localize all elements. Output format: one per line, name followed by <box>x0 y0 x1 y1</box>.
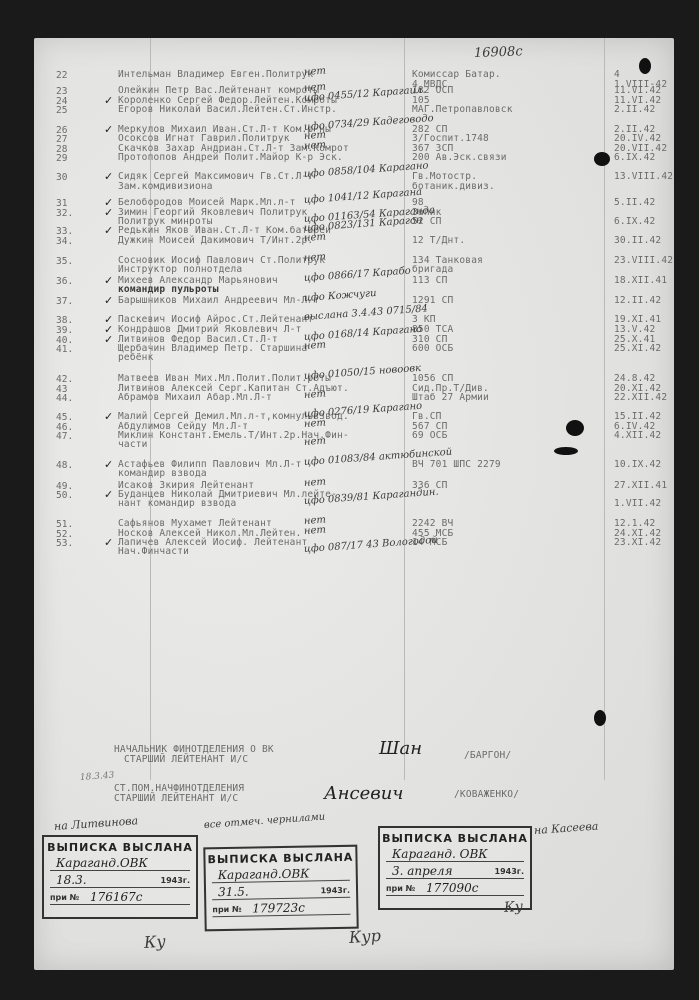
row-number: 48. <box>56 460 73 471</box>
ink-blot <box>594 152 610 166</box>
row-unit: Штаб 27 Армии <box>412 393 489 403</box>
row-unit: ВЧ 701 ШПС 2279 <box>412 460 501 470</box>
row-date: 1.VII.42 <box>614 499 661 509</box>
ink-blot <box>594 710 606 726</box>
checkmark-icon: ✓ <box>104 458 113 471</box>
margin-date: 18.3.43 <box>80 771 115 783</box>
row-date: 23.XI.42 <box>614 538 661 548</box>
row-name-rank: Интельман Владимер Евген.Политрук <box>118 70 313 80</box>
row-name-rank: Барышников Михаил Андреевич Мл-Л-т <box>118 296 319 306</box>
ink-blot <box>554 447 578 455</box>
stamp-extract-sent: ВЫПИСКА ВЫСЛАНА Караганд. ОВК 3. апреля1… <box>378 826 532 910</box>
row-unit: 600 ОСБ <box>412 344 453 354</box>
stamp-note: на Касеева <box>534 820 599 837</box>
row-number: 29 <box>56 153 67 164</box>
row-handwritten-note: цфо 0866/17 Карабо <box>304 266 411 284</box>
row-number: 50. <box>56 490 73 501</box>
row-number: 47. <box>56 431 73 442</box>
row-unit: 113 СП <box>412 276 448 286</box>
checkmark-icon: ✓ <box>104 123 113 136</box>
stamp-year: 1943г. <box>320 886 350 896</box>
row-number: 36. <box>56 276 73 287</box>
stamp-year: 1943г. <box>161 876 190 885</box>
ink-blot <box>566 420 584 436</box>
stamp-number: 176167с <box>90 890 143 904</box>
stamp-date: 3. апреля <box>392 864 453 878</box>
stamp-extract-sent: ВЫПИСКА ВЫСЛАНА Караганд.ОВК 18.3.1943г.… <box>42 835 198 919</box>
row-date: 12.II.42 <box>614 296 661 306</box>
checkmark-icon: ✓ <box>104 294 113 307</box>
stamp-year: 1943г. <box>495 867 524 876</box>
row-handwritten-note: нет <box>304 251 327 264</box>
deputy-title-line2: СТАРШИЙ ЛЕЙТЕНАНТ И/С <box>114 794 238 804</box>
row-unit: 69 ОСБ <box>412 431 448 441</box>
row-date: 6.IX.42 <box>614 153 655 163</box>
chief-name: /БАРГОН/ <box>464 751 511 761</box>
deputy-name: /КОВАЖЕНКО/ <box>454 790 519 800</box>
row-name-rank: Абрамов Михаил Абар.Мл.Л-т <box>118 393 272 403</box>
row-handwritten-note: нет <box>304 339 327 352</box>
stamp-initials: Ку <box>143 932 166 952</box>
row-name-rank: Протопопов Андрей Полит.Майор К-р Эск. <box>118 153 343 163</box>
row-number: 35. <box>56 256 73 267</box>
row-date: 6.IX.42 <box>614 217 655 227</box>
checkmark-icon: ✓ <box>104 274 113 287</box>
row-number: 53. <box>56 538 73 549</box>
column-divider <box>604 38 605 780</box>
row-handwritten-note: нет <box>304 65 327 78</box>
checkmark-icon: ✓ <box>104 410 113 423</box>
row-handwritten-note: нет <box>304 388 327 401</box>
stamp-prefix: при № <box>386 884 415 893</box>
checkmark-icon: ✓ <box>104 536 113 549</box>
ink-blot <box>639 58 651 74</box>
checkmark-icon: ✓ <box>104 224 113 237</box>
row-date: 27.XII.41 <box>614 481 667 491</box>
stamp-initials: Ку <box>503 899 523 916</box>
row-handwritten-note: выслана 3.4.43 0715/84 <box>304 303 429 323</box>
stamp-initials: Кур <box>348 926 381 947</box>
checkmark-icon: ✓ <box>104 206 113 219</box>
row-date: 18.XII.41 <box>614 276 667 286</box>
row-name-rank: Егоров Николай Васил.Лейтен.Ст.Инстр. <box>118 105 337 115</box>
row-number: 25 <box>56 105 67 116</box>
row-name-rank: командир пульроты <box>118 285 219 295</box>
stamp-title: ВЫПИСКА ВЫСЛАНА <box>44 841 196 854</box>
checkmark-icon: ✓ <box>104 333 113 346</box>
archive-number: 16908с <box>474 44 523 61</box>
row-name-rank: Зам.комдивизиона <box>118 182 213 192</box>
row-number: 30 <box>56 172 67 183</box>
row-handwritten-note: нет <box>304 524 327 537</box>
checkmark-icon: ✓ <box>104 488 113 501</box>
row-name-rank: Нач.Финчасти <box>118 547 189 557</box>
stamp-prefix: при № <box>212 905 241 915</box>
row-name-rank: Дужкин Моисей Дакимович Т/Инт.2р. <box>118 236 313 246</box>
chief-signature: Шан <box>379 738 422 759</box>
row-number: 32. <box>56 208 73 219</box>
row-handwritten-note: нет <box>304 417 327 430</box>
row-handwritten-note: цфо 087/17 43 Вологодой <box>304 535 438 555</box>
stamp-date: 18.3. <box>56 873 87 887</box>
row-date: 23.VIII.42 <box>614 256 673 266</box>
row-handwritten-note: цфо Кожчуги <box>304 288 377 304</box>
stamp-note: на Литвинова <box>54 814 139 833</box>
row-number: 37. <box>56 296 73 307</box>
row-handwritten-note: нет <box>304 231 327 244</box>
row-name-rank: нант командир взвода <box>118 499 236 509</box>
stamp-place: Караганд.ОВК <box>218 867 310 883</box>
chief-title-line2: СТАРШИЙ ЛЕЙТЕНАНТ И/С <box>124 755 248 765</box>
stamp-place: Караганд.ОВК <box>56 856 148 870</box>
row-date: 22.XII.42 <box>614 393 667 403</box>
row-date: 2.II.42 <box>614 105 655 115</box>
row-name-rank: ребёнк <box>118 353 154 363</box>
row-number: 41. <box>56 344 73 355</box>
document-page: 16908с 22Интельман Владимер Евген.Политр… <box>34 38 674 970</box>
stamp-date: 31.5. <box>218 885 249 900</box>
row-date: 25.XI.42 <box>614 344 661 354</box>
deputy-signature: Ансевич <box>324 783 404 804</box>
checkmark-icon: ✓ <box>104 170 113 183</box>
checkmark-icon: ✓ <box>104 94 113 107</box>
stamp-number: 179723с <box>252 901 305 916</box>
row-handwritten-note: нет <box>304 139 327 152</box>
row-unit: бригада <box>412 265 453 275</box>
row-number: 34. <box>56 236 73 247</box>
row-date: 5.II.42 <box>614 198 655 208</box>
stamp-title: ВЫПИСКА ВЫСЛАНА <box>380 832 530 845</box>
row-name-rank: Инструктор полнотдела <box>118 265 242 275</box>
row-handwritten-note: цфо 0858/104 Карагано <box>304 160 429 180</box>
row-name-rank: командир взвода <box>118 469 207 479</box>
row-handwritten-note: нет <box>304 435 327 448</box>
row-unit: 12 Т/Днт. <box>412 236 465 246</box>
stamp-note: все отмеч. чернилами <box>204 812 326 831</box>
row-date: 13.VIII.42 <box>614 172 673 182</box>
stamp-extract-sent: ВЫПИСКА ВЫСЛАНА Караганд.ОВК 31.5.1943г.… <box>203 845 358 932</box>
row-date: 4.XII.42 <box>614 431 661 441</box>
stamp-place: Караганд. ОВК <box>392 847 488 861</box>
stamp-number: 177090с <box>426 881 479 895</box>
row-name-rank: части <box>118 440 148 450</box>
stamp-prefix: при № <box>50 893 79 902</box>
row-unit: ботаник.дивиз. <box>412 182 495 192</box>
row-handwritten-note: нет <box>304 476 327 489</box>
row-date: 30.II.42 <box>614 236 661 246</box>
row-number: 44. <box>56 393 73 404</box>
row-date: 10.IX.42 <box>614 460 661 470</box>
row-number: 22 <box>56 70 67 81</box>
